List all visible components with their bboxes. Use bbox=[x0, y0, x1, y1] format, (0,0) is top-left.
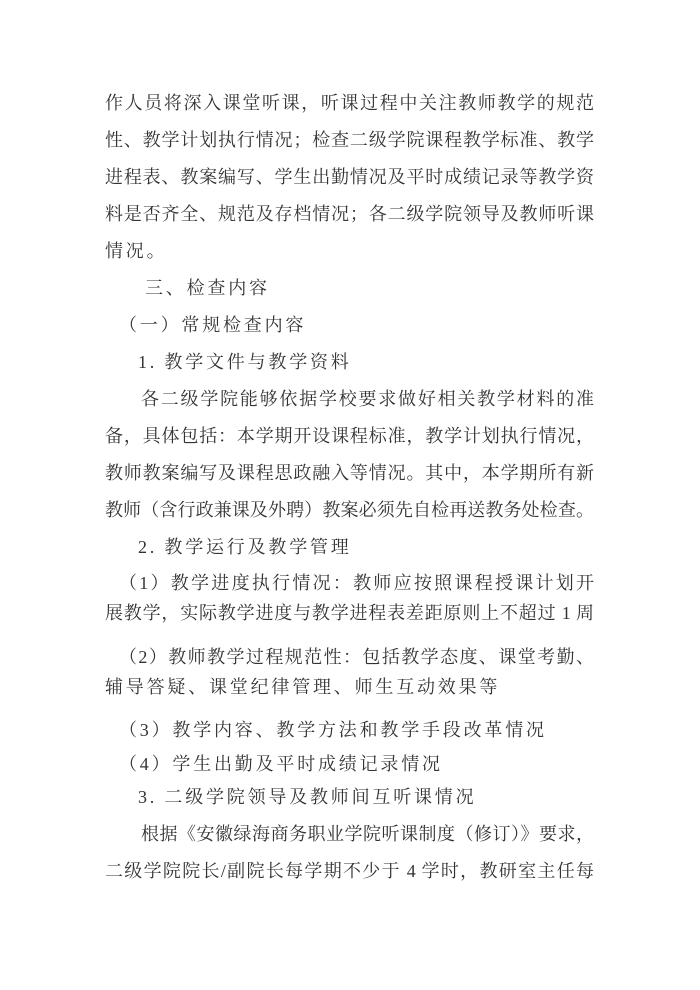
text-line: 性、教学计划执行情况；检查二级学院课程教学标准、教学 bbox=[105, 122, 594, 159]
text-line: 根据《安徽绿海商务职业学院听课制度（修订）》要求， bbox=[105, 816, 594, 853]
text-line: （4）学生出勤及平时成绩记录情况 bbox=[105, 749, 594, 779]
text-line: 进程表、教案编写、学生出勤情况及平时成绩记录等教学资 bbox=[105, 159, 594, 196]
text-line: 情况。 bbox=[105, 233, 594, 270]
paragraph-4: 1. 教学文件与教学资料 bbox=[105, 344, 594, 381]
text-line: （2）教师教学过程规范性：包括教学态度、课堂考勤、 bbox=[105, 642, 594, 672]
paragraph-2: 三、检查内容 bbox=[105, 270, 594, 307]
text-line: 作人员将深入课堂听课，听课过程中关注教师教学的规范 bbox=[105, 85, 594, 122]
text-line: 备，具体包括：本学期开设课程标准，教学计划执行情况， bbox=[105, 418, 594, 455]
paragraph-8: （2）教师教学过程规范性：包括教学态度、课堂考勤、辅导答疑、课堂纪律管理、师生互… bbox=[105, 642, 594, 702]
paragraph-6: 2. 教学运行及教学管理 bbox=[105, 529, 594, 566]
paragraph-1: 作人员将深入课堂听课，听课过程中关注教师教学的规范性、教学计划执行情况；检查二级… bbox=[105, 85, 594, 270]
document-content: 作人员将深入课堂听课，听课过程中关注教师教学的规范性、教学计划执行情况；检查二级… bbox=[105, 85, 594, 890]
text-line: （1）教学进度执行情况：教师应按照课程授课计划开 bbox=[105, 568, 594, 598]
paragraph-11: 3. 二级学院领导及教师间互听课情况 bbox=[105, 779, 594, 816]
text-line: 3. 二级学院领导及教师间互听课情况 bbox=[105, 779, 594, 816]
text-line: （3）教学内容、教学方法和教学手段改革情况 bbox=[105, 712, 594, 749]
paragraph-12: 根据《安徽绿海商务职业学院听课制度（修订）》要求，二级学院院长/副院长每学期不少… bbox=[105, 816, 594, 890]
text-line: 三、检查内容 bbox=[105, 270, 594, 307]
text-line: （一）常规检查内容 bbox=[105, 307, 594, 344]
paragraph-5: 各二级学院能够依据学校要求做好相关教学材料的准备，具体包括：本学期开设课程标准，… bbox=[105, 381, 594, 529]
text-line: 二级学院院长/副院长每学期不少于 4 学时，教研室主任每 bbox=[105, 853, 594, 890]
text-line: 教师（含行政兼课及外聘）教案必须先自检再送教务处检查。 bbox=[105, 492, 594, 529]
text-line: 展教学，实际教学进度与教学进程表差距原则上不超过 1 周 bbox=[105, 598, 594, 628]
text-line: 2. 教学运行及教学管理 bbox=[105, 529, 594, 566]
paragraph-7: （1）教学进度执行情况：教师应按照课程授课计划开展教学，实际教学进度与教学进程表… bbox=[105, 568, 594, 628]
text-line: 教师教案编写及课程思政融入等情况。其中，本学期所有新 bbox=[105, 455, 594, 492]
text-line: 料是否齐全、规范及存档情况；各二级学院领导及教师听课 bbox=[105, 196, 594, 233]
text-line: 各二级学院能够依据学校要求做好相关教学材料的准 bbox=[105, 381, 594, 418]
paragraph-3: （一）常规检查内容 bbox=[105, 307, 594, 344]
paragraph-9: （3）教学内容、教学方法和教学手段改革情况 bbox=[105, 712, 594, 749]
text-line: 辅导答疑、课堂纪律管理、师生互动效果等 bbox=[105, 672, 594, 702]
paragraph-10: （4）学生出勤及平时成绩记录情况 bbox=[105, 749, 594, 779]
document-page: 作人员将深入课堂听课，听课过程中关注教师教学的规范性、教学计划执行情况；检查二级… bbox=[0, 0, 700, 990]
text-line: 1. 教学文件与教学资料 bbox=[105, 344, 594, 381]
